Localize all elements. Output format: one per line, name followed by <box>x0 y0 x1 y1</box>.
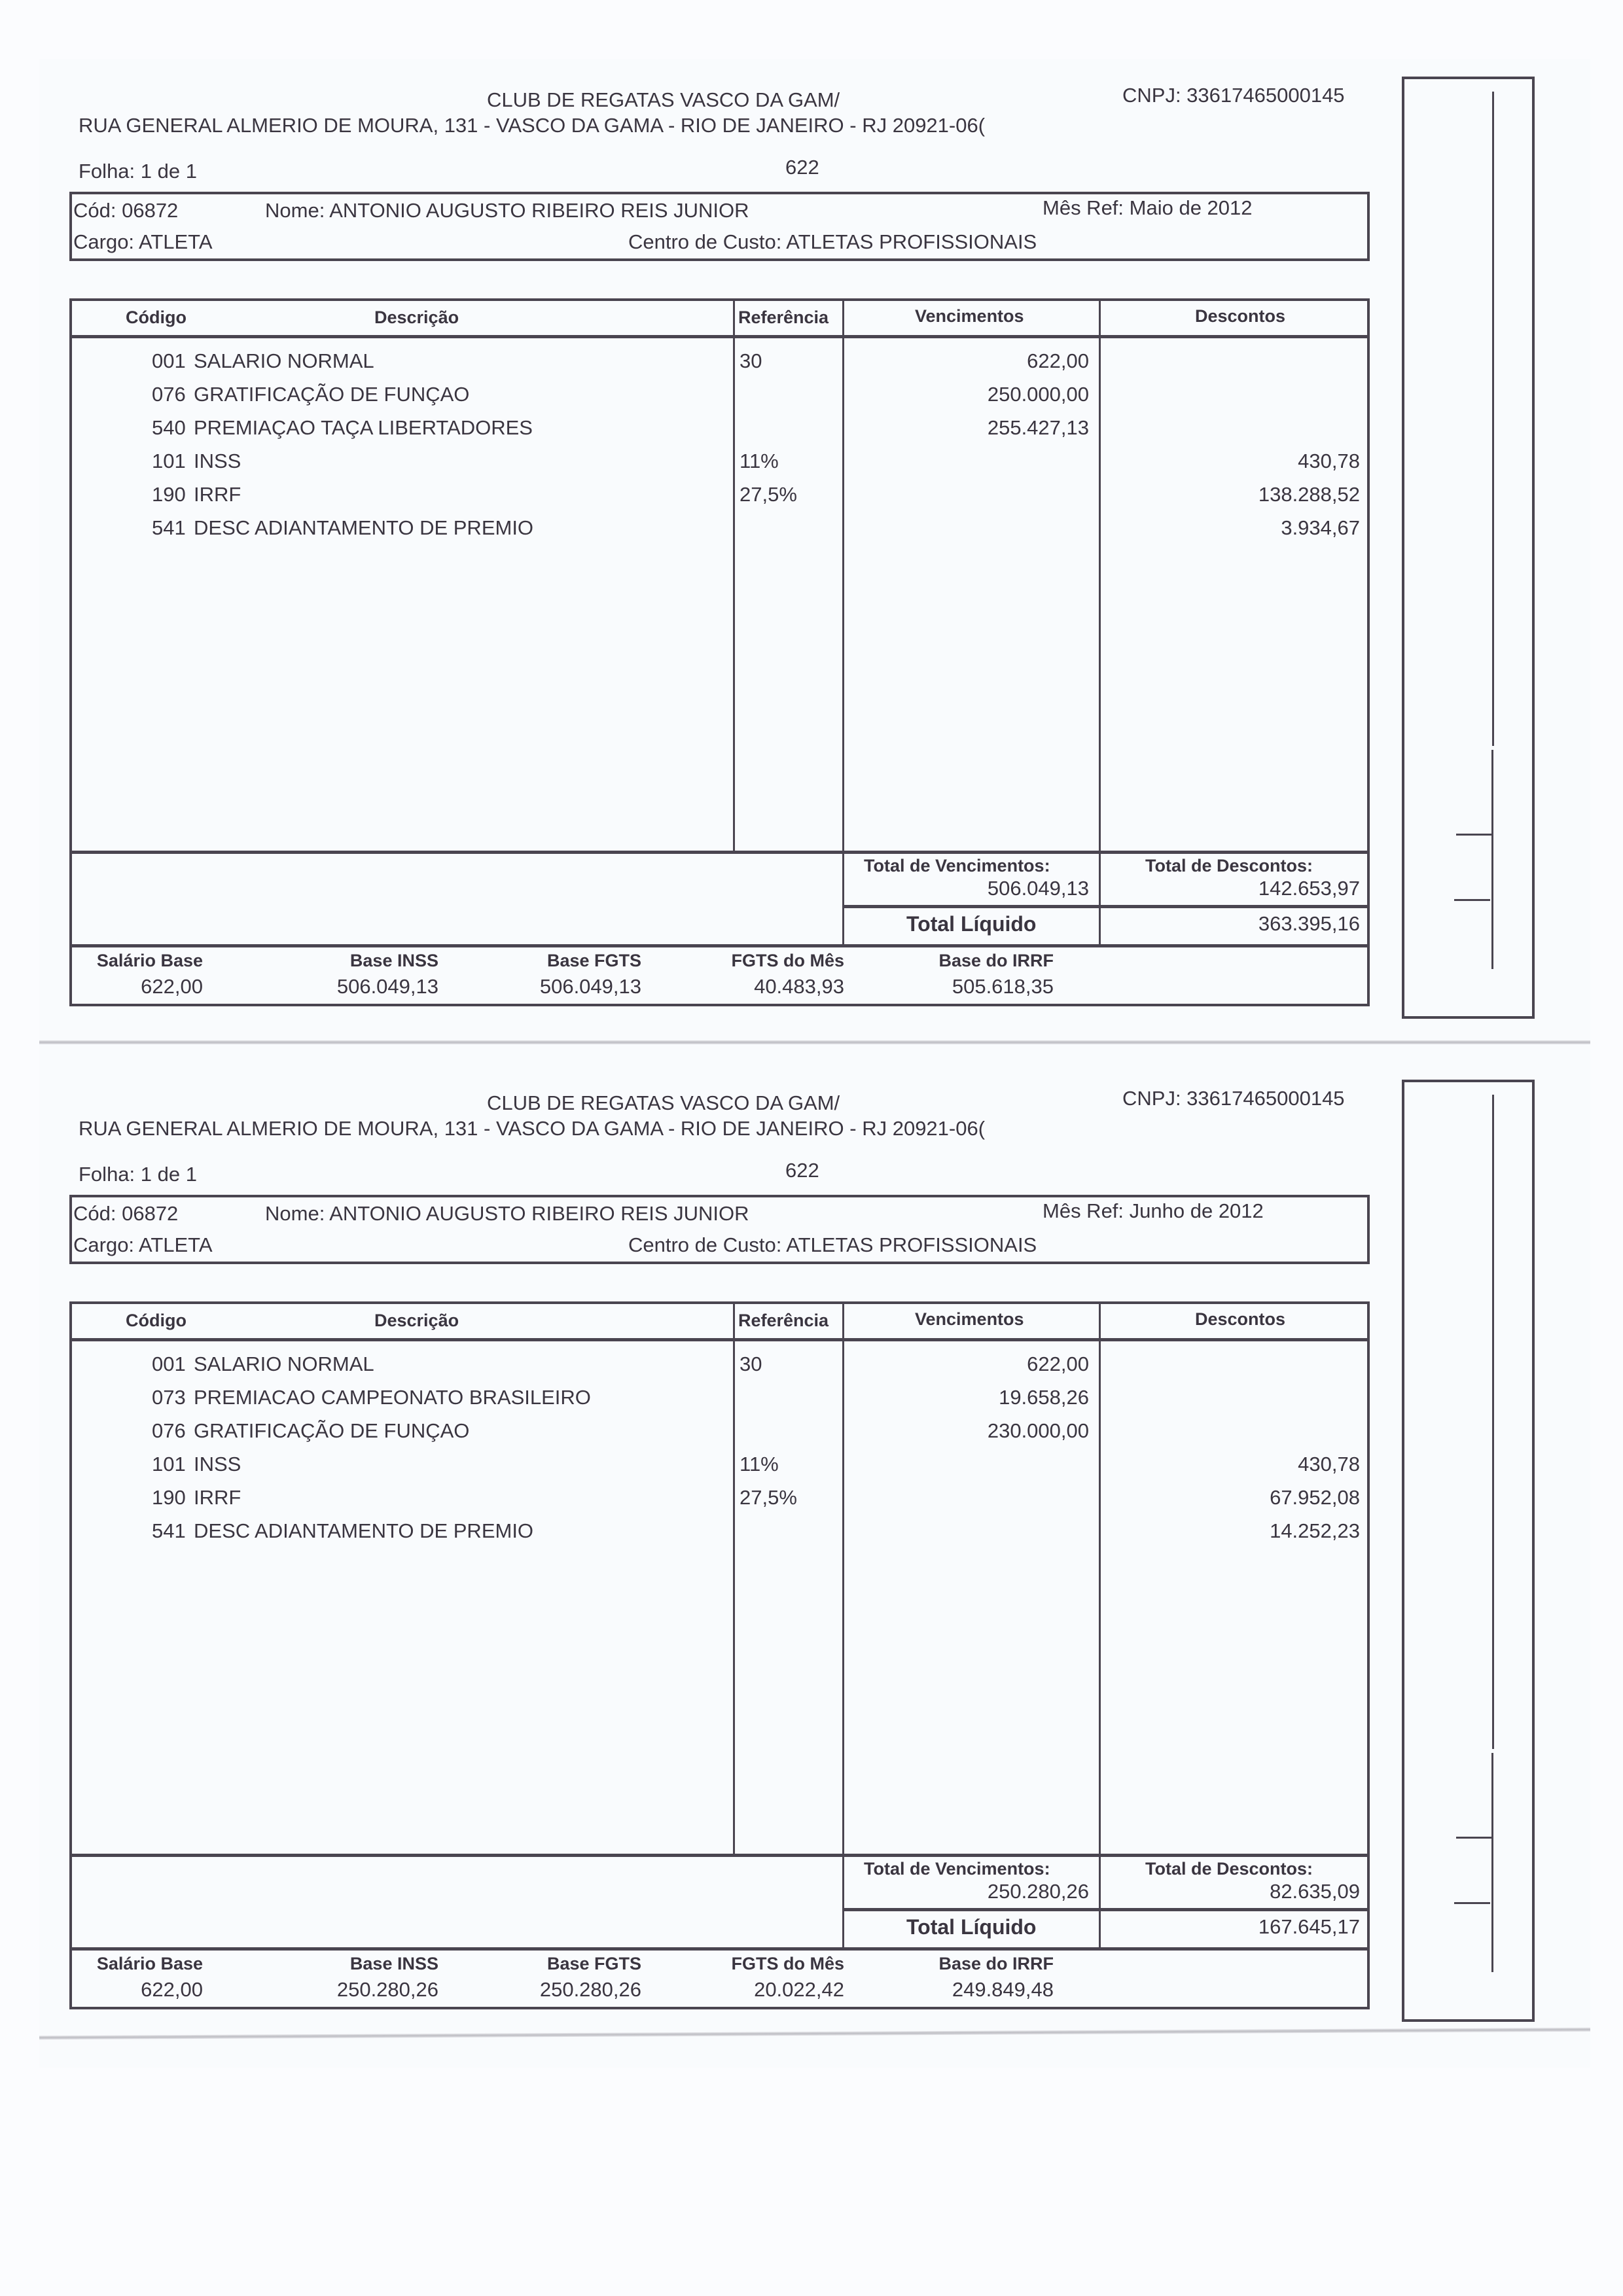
side-line <box>1492 1095 1494 1749</box>
employee-name: Nome: ANTONIO AUGUSTO RIBEIRO REIS JUNIO… <box>265 1203 749 1224</box>
center-code: 622 <box>785 1160 819 1180</box>
total-vencimentos-value: 250.280,26 <box>851 1881 1089 1901</box>
side-box <box>1402 1080 1535 2022</box>
row-code: 101 <box>152 451 186 471</box>
base-value: 40.483,93 <box>668 976 844 997</box>
reference-month: Mês Ref: Maio de 2012 <box>1043 198 1253 218</box>
column-divider <box>1099 298 1101 946</box>
base-value: 249.849,48 <box>857 1979 1054 2000</box>
cnpj: CNPJ: 33617465000145 <box>1122 1088 1345 1108</box>
row-vencimento: 250.000,00 <box>851 384 1089 404</box>
liquido-divider <box>842 1908 1370 1911</box>
base-label: FGTS do Mês <box>668 952 844 970</box>
row-desconto: 67.952,08 <box>1113 1487 1360 1508</box>
row-description: GRATIFICAÇÃO DE FUNÇAO <box>194 384 469 404</box>
row-code: 540 <box>152 417 186 438</box>
header-divider <box>69 1338 1370 1341</box>
header-codigo: Código <box>126 1312 187 1330</box>
row-description: DESC ADIANTAMENTO DE PREMIO <box>194 518 533 538</box>
total-descontos-value: 82.635,09 <box>1113 1881 1360 1901</box>
page-fold <box>39 1040 1590 1044</box>
folha: Folha: 1 de 1 <box>79 161 197 181</box>
row-reference: 30 <box>740 1354 762 1374</box>
row-description: PREMIACAO CAMPEONATO BRASILEIRO <box>194 1387 591 1407</box>
row-description: PREMIAÇAO TAÇA LIBERTADORES <box>194 417 533 438</box>
totals-bottom-divider <box>69 944 1370 947</box>
payslip: CLUB DE REGATAS VASCO DA GAM/ CNPJ: 3361… <box>0 1003 1623 2024</box>
row-desconto: 430,78 <box>1113 1454 1360 1474</box>
row-code: 076 <box>152 1421 186 1441</box>
row-code: 001 <box>152 1354 186 1374</box>
header-descontos: Descontos <box>1195 308 1285 325</box>
row-vencimento: 622,00 <box>851 351 1089 371</box>
total-liquido-label: Total Líquido <box>906 1916 1036 1937</box>
row-desconto: 138.288,52 <box>1113 484 1360 504</box>
total-liquido-value: 363.395,16 <box>1113 913 1360 934</box>
company-name: CLUB DE REGATAS VASCO DA GAM/ <box>487 1093 840 1113</box>
row-reference: 27,5% <box>740 484 797 504</box>
base-value: 505.618,35 <box>857 976 1054 997</box>
header-descontos: Descontos <box>1195 1311 1285 1328</box>
employee-role: Cargo: ATLETA <box>73 1235 213 1255</box>
row-vencimento: 622,00 <box>851 1354 1089 1374</box>
employee-role: Cargo: ATLETA <box>73 232 213 252</box>
row-code: 076 <box>152 384 186 404</box>
row-desconto: 430,78 <box>1113 451 1360 471</box>
row-description: INSS <box>194 451 241 471</box>
column-divider <box>842 1301 844 1949</box>
base-value: 506.049,13 <box>458 976 641 997</box>
company-address: RUA GENERAL ALMERIO DE MOURA, 131 - VASC… <box>79 1118 985 1139</box>
header-descricao: Descrição <box>374 1312 459 1330</box>
side-line <box>1491 1753 1493 1972</box>
payslip: CLUB DE REGATAS VASCO DA GAM/ CNPJ: 3361… <box>0 0 1623 1021</box>
row-reference: 27,5% <box>740 1487 797 1508</box>
folha: Folha: 1 de 1 <box>79 1164 197 1184</box>
base-label: FGTS do Mês <box>668 1955 844 1973</box>
total-vencimentos-label: Total de Vencimentos: <box>864 1860 1050 1878</box>
liquido-divider <box>842 905 1370 908</box>
employee-code: Cód: 06872 <box>73 200 178 221</box>
side-line <box>1492 92 1494 746</box>
company-name: CLUB DE REGATAS VASCO DA GAM/ <box>487 90 840 110</box>
total-liquido-label: Total Líquido <box>906 913 1036 934</box>
employee-name: Nome: ANTONIO AUGUSTO RIBEIRO REIS JUNIO… <box>265 200 749 221</box>
row-description: IRRF <box>194 1487 241 1508</box>
side-tick <box>1454 899 1490 901</box>
base-value: 622,00 <box>52 1979 203 2000</box>
base-label: Salário Base <box>52 952 203 970</box>
row-desconto: 3.934,67 <box>1113 518 1360 538</box>
row-code: 190 <box>152 484 186 504</box>
base-value: 20.022,42 <box>668 1979 844 2000</box>
row-code: 001 <box>152 351 186 371</box>
company-address: RUA GENERAL ALMERIO DE MOURA, 131 - VASC… <box>79 115 985 135</box>
base-label: Base do IRRF <box>857 1955 1054 1973</box>
row-code: 541 <box>152 518 186 538</box>
total-vencimentos-value: 506.049,13 <box>851 878 1089 898</box>
column-divider <box>733 1301 735 1855</box>
row-description: SALARIO NORMAL <box>194 351 374 371</box>
base-label: Base INSS <box>249 952 438 970</box>
row-reference: 11% <box>740 451 779 471</box>
totals-bottom-divider <box>69 1947 1370 1951</box>
row-code: 541 <box>152 1521 186 1541</box>
header-vencimentos: Vencimentos <box>915 308 1024 325</box>
base-label: Base FGTS <box>458 952 641 970</box>
header-referencia: Referência <box>738 309 829 327</box>
row-code: 101 <box>152 1454 186 1474</box>
total-descontos-label: Total de Descontos: <box>1145 1860 1313 1878</box>
header-codigo: Código <box>126 309 187 327</box>
row-description: IRRF <box>194 484 241 504</box>
reference-month: Mês Ref: Junho de 2012 <box>1043 1201 1264 1221</box>
base-label: Base FGTS <box>458 1955 641 1973</box>
center-code: 622 <box>785 157 819 177</box>
row-reference: 30 <box>740 351 762 371</box>
column-divider <box>733 298 735 852</box>
side-tick <box>1456 1837 1492 1839</box>
base-value: 250.280,26 <box>458 1979 641 2000</box>
cost-center: Centro de Custo: ATLETAS PROFISSIONAIS <box>628 232 1037 252</box>
row-vencimento: 255.427,13 <box>851 417 1089 438</box>
row-description: GRATIFICAÇÃO DE FUNÇAO <box>194 1421 469 1441</box>
body-bottom-divider <box>69 851 1370 854</box>
cnpj: CNPJ: 33617465000145 <box>1122 85 1345 105</box>
row-description: DESC ADIANTAMENTO DE PREMIO <box>194 1521 533 1541</box>
cost-center: Centro de Custo: ATLETAS PROFISSIONAIS <box>628 1235 1037 1255</box>
row-vencimento: 19.658,26 <box>851 1387 1089 1407</box>
base-label: Base INSS <box>249 1955 438 1973</box>
header-divider <box>69 335 1370 338</box>
row-description: SALARIO NORMAL <box>194 1354 374 1374</box>
row-desconto: 14.252,23 <box>1113 1521 1360 1541</box>
side-box <box>1402 77 1535 1019</box>
row-vencimento: 230.000,00 <box>851 1421 1089 1441</box>
base-value: 250.280,26 <box>249 1979 438 2000</box>
employee-code: Cód: 06872 <box>73 1203 178 1224</box>
row-code: 190 <box>152 1487 186 1508</box>
total-liquido-value: 167.645,17 <box>1113 1916 1360 1937</box>
total-descontos-label: Total de Descontos: <box>1145 857 1313 875</box>
row-description: INSS <box>194 1454 241 1474</box>
total-vencimentos-label: Total de Vencimentos: <box>864 857 1050 875</box>
row-code: 073 <box>152 1387 186 1407</box>
total-descontos-value: 142.653,97 <box>1113 878 1360 898</box>
row-reference: 11% <box>740 1454 779 1474</box>
header-vencimentos: Vencimentos <box>915 1311 1024 1328</box>
column-divider <box>842 298 844 946</box>
base-value: 622,00 <box>52 976 203 997</box>
body-bottom-divider <box>69 1854 1370 1857</box>
side-line <box>1491 750 1493 969</box>
side-tick <box>1456 834 1492 836</box>
side-tick <box>1454 1902 1490 1904</box>
column-divider <box>1099 1301 1101 1949</box>
header-referencia: Referência <box>738 1312 829 1330</box>
header-descricao: Descrição <box>374 309 459 327</box>
base-value: 506.049,13 <box>249 976 438 997</box>
base-label: Salário Base <box>52 1955 203 1973</box>
base-label: Base do IRRF <box>857 952 1054 970</box>
